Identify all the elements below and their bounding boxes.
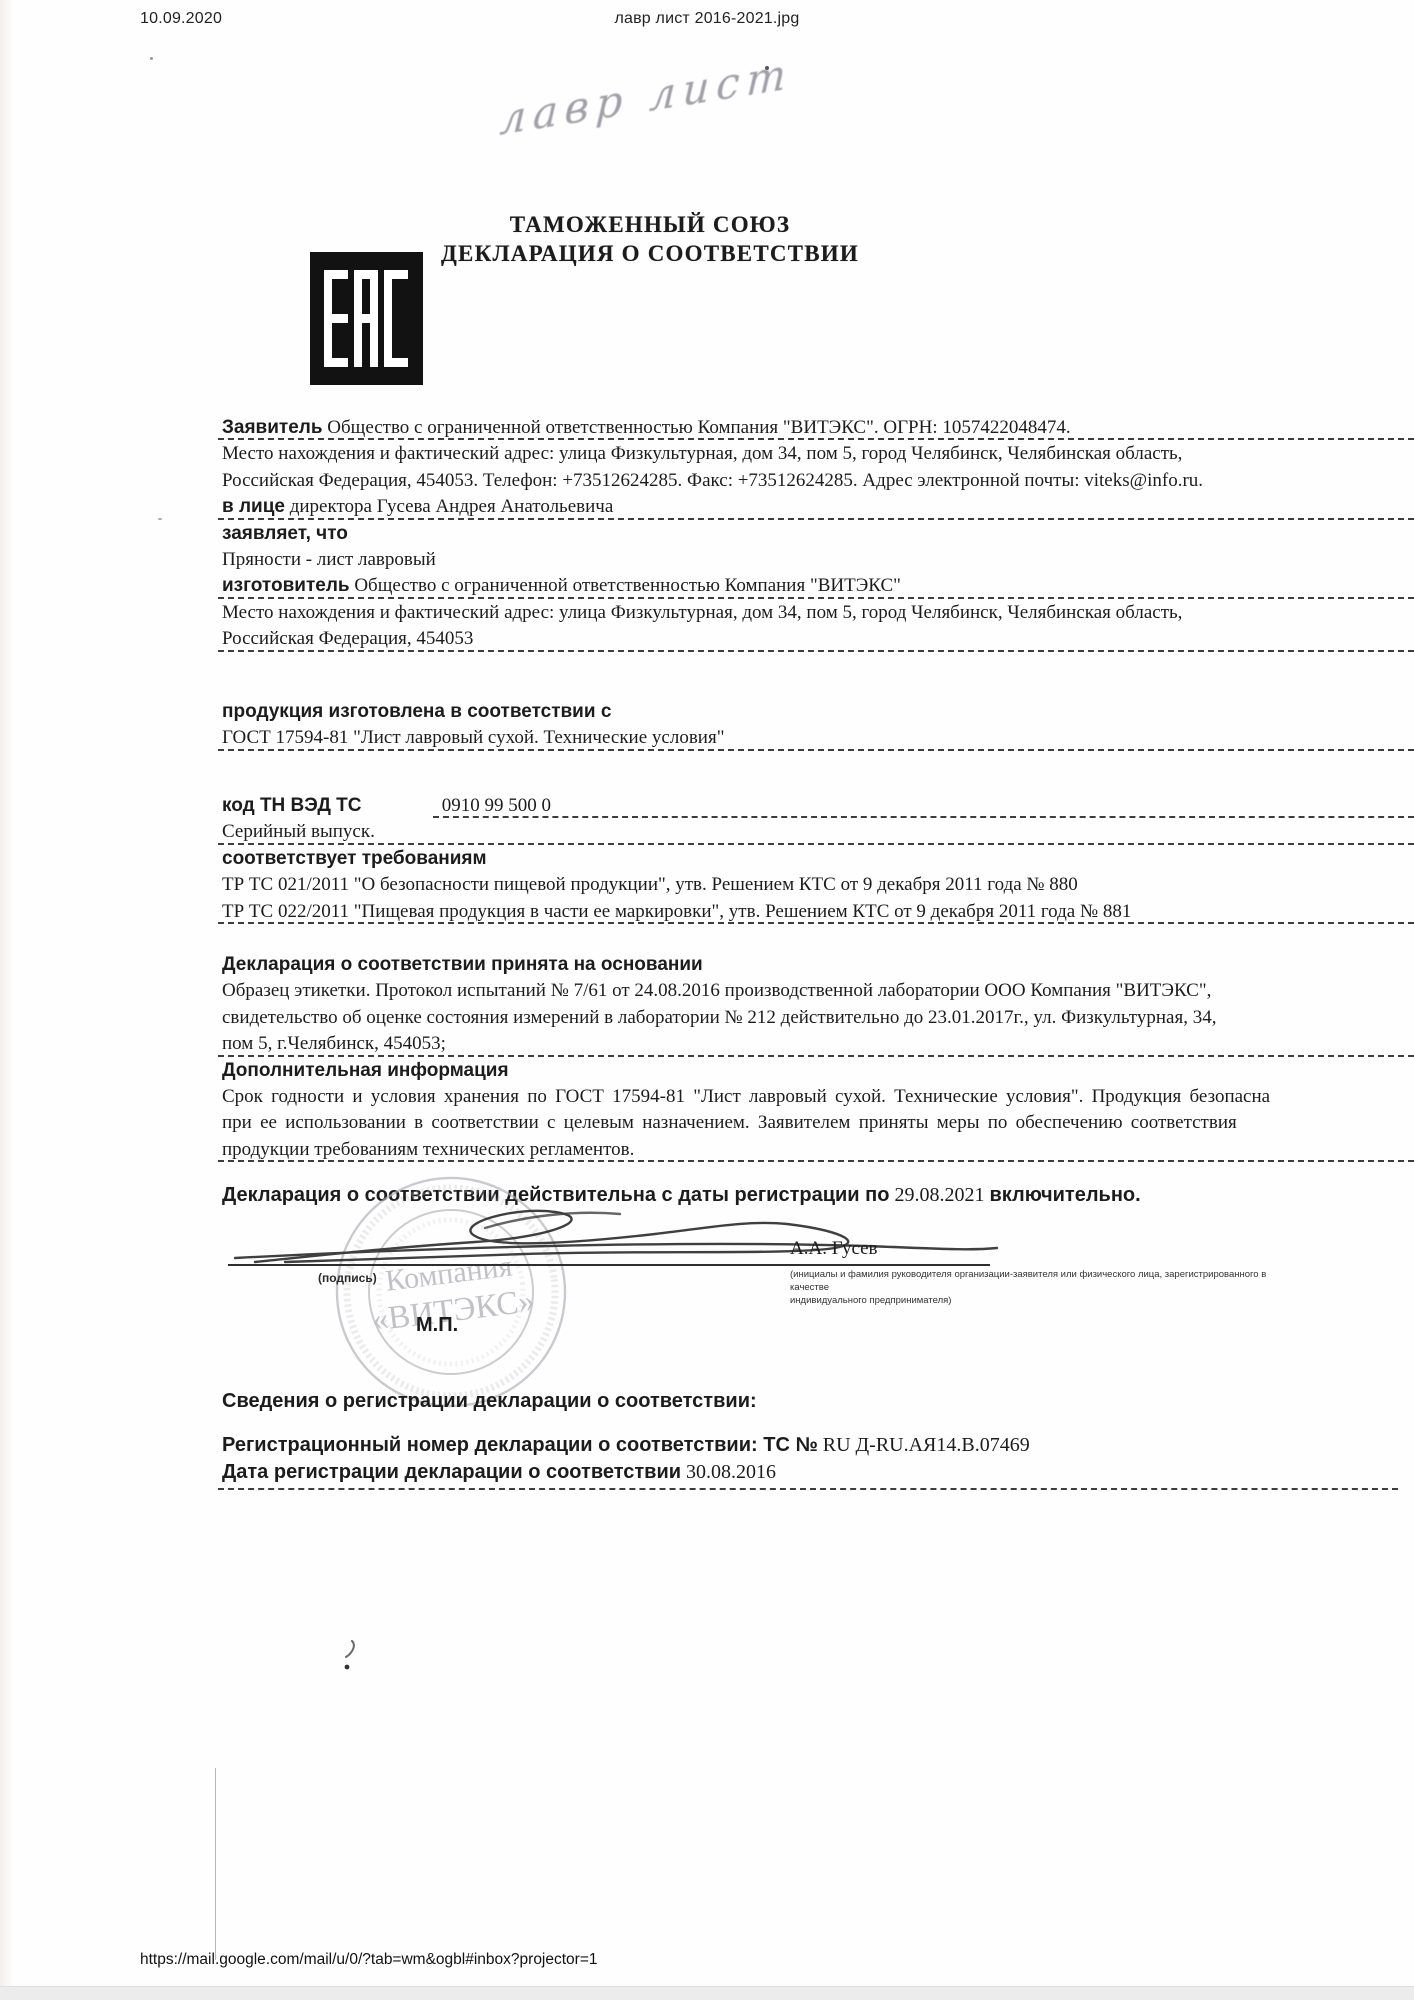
basis-line1: Образец этикетки. Протокол испытаний № 7…	[222, 978, 1398, 1004]
footer-url: https://mail.google.com/mail/u/0/?tab=wm…	[140, 1951, 598, 1969]
registration-info-heading: Сведения о регистрации декларации о соот…	[222, 1390, 757, 1413]
dashed-line	[218, 438, 1414, 440]
additional-line1: Срок годности и условия хранения по ГОСТ…	[222, 1084, 1398, 1110]
basis-section: Декларация о соответствии принята на осн…	[222, 952, 1398, 1163]
signatory-name: А.А. Гусев	[790, 1238, 878, 1260]
additional-line2: при ее использовании в соответствии с це…	[222, 1110, 1398, 1136]
applicant-label: Заявитель	[222, 417, 323, 438]
applicant-address-line2: Российская Федерация, 454053. Телефон: +…	[222, 468, 1398, 494]
mp-seal-label: М.П.	[416, 1314, 458, 1337]
gost-value: ГОСТ 17594-81 "Лист лавровый сухой. Техн…	[222, 727, 724, 748]
manufacturer-value: Общество с ограниченной ответственностью…	[354, 575, 901, 596]
scan-squiggle-artifact	[342, 1640, 358, 1679]
serial-text: Серийный выпуск.	[222, 821, 375, 842]
scanned-declaration-page: 10.09.2020 лавр лист 2016-2021.jpg лавр …	[0, 0, 1414, 2000]
dashed-line	[218, 1160, 1414, 1162]
applicant-address-line1: Место нахождения и фактический адрес: ул…	[222, 441, 1398, 467]
dashed-line	[218, 650, 1414, 652]
scan-edge-strip	[0, 0, 14, 2000]
validity-suffix: включительно.	[989, 1184, 1140, 1206]
title-line-2: ДЕКЛАРАЦИЯ О СООТВЕТСТВИИ	[440, 239, 860, 268]
bottom-scan-bar	[0, 1986, 1414, 2000]
dashed-line	[433, 816, 1414, 818]
registration-date-line: Дата регистрации декларации о соответств…	[222, 1461, 1398, 1488]
gost-line: ГОСТ 17594-81 "Лист лавровый сухой. Техн…	[222, 725, 1398, 751]
eac-logo-icon	[310, 252, 423, 385]
made-according-label: продукция изготовлена в соответствии с	[222, 701, 611, 722]
registration-number-value: RU Д-RU.АЯ14.В.07469	[823, 1434, 1030, 1456]
additional-label: Дополнительная информация	[222, 1060, 509, 1081]
dashed-line	[218, 749, 1414, 751]
tn-ved-label: код ТН ВЭД ТС	[222, 793, 437, 819]
manufacturer-address-line2: Российская Федерация, 454053	[222, 626, 1398, 652]
registration-date-value: 30.08.2016	[686, 1461, 776, 1483]
represented-value: директора Гусева Андрея Анатольевича	[290, 496, 614, 517]
signatory-note: (инициалы и фамилия руководителя организ…	[790, 1268, 1280, 1307]
represented-label: в лице	[222, 496, 285, 517]
additional-line3: продукции требованиям технических реглам…	[222, 1137, 1398, 1163]
dashed-line	[218, 597, 1414, 599]
applicant-section: Заявитель Общество с ограниченной ответс…	[222, 415, 1398, 653]
document-title: ТАМОЖЕННЫЙ СОЮЗ ДЕКЛАРАЦИЯ О СООТВЕТСТВИ…	[440, 210, 860, 268]
dashed-line	[218, 922, 1414, 924]
applicant-line: Заявитель Общество с ограниченной ответс…	[222, 415, 1398, 441]
basis-line3-text: пом 5, г.Челябинск, 454053;	[222, 1033, 446, 1054]
signatory-note-line1: (инициалы и фамилия руководителя организ…	[790, 1268, 1280, 1294]
signature-caption: (подпись)	[318, 1271, 377, 1285]
serial-line: Серийный выпуск.	[222, 819, 1398, 845]
code-section: код ТН ВЭД ТС 0910 99 500 0 Серийный вып…	[222, 793, 1398, 925]
tr2-text: ТР ТС 022/2011 "Пищевая продукция в част…	[222, 901, 1131, 922]
basis-line3: пом 5, г.Челябинск, 454053;	[222, 1031, 1398, 1057]
manufacturer-label: изготовитель	[222, 575, 350, 596]
declares-label: заявляет, что	[222, 523, 348, 544]
dashed-line	[218, 843, 1414, 845]
scan-speck	[158, 518, 162, 520]
manufacturer-line: изготовитель Общество с ограниченной отв…	[222, 573, 1398, 599]
tr2-line: ТР ТС 022/2011 "Пищевая продукция в част…	[222, 899, 1398, 925]
header-filename: лавр лист 2016-2021.jpg	[0, 10, 1414, 28]
tn-ved-line: код ТН ВЭД ТС 0910 99 500 0	[222, 793, 1398, 819]
eac-logo	[310, 252, 423, 385]
standard-section: продукция изготовлена в соответствии с Г…	[222, 699, 1398, 752]
handwritten-note: лавр лист	[499, 48, 795, 144]
registration-number-label: Регистрационный номер декларации о соотв…	[222, 1434, 818, 1456]
product-line: Пряности - лист лавровый	[222, 547, 1398, 573]
manufacturer-address2-text: Российская Федерация, 454053	[222, 628, 473, 649]
registration-number-line: Регистрационный номер декларации о соотв…	[222, 1434, 1030, 1457]
manufacturer-address-line1: Место нахождения и фактический адрес: ул…	[222, 600, 1398, 626]
dashed-line	[218, 1055, 1414, 1057]
signatory-note-line2: индивидуального предпринимателя)	[790, 1294, 1280, 1307]
dashed-line	[218, 518, 1414, 520]
basis-label: Декларация о соответствии принята на осн…	[222, 954, 703, 975]
scan-speck	[150, 57, 153, 60]
dashed-line	[218, 1488, 1398, 1490]
basis-line2: свидетельство об оценке состояния измере…	[222, 1005, 1398, 1031]
signature-scribble	[225, 1198, 1005, 1278]
title-line-1: ТАМОЖЕННЫЙ СОЮЗ	[440, 210, 860, 239]
represented-line: в лице директора Гусева Андрея Анатольев…	[222, 494, 1398, 520]
additional-line3-text: продукции требованиям технических реглам…	[222, 1139, 634, 1160]
applicant-value: Общество с ограниченной ответственностью…	[327, 417, 1070, 438]
registration-date-label: Дата регистрации декларации о соответств…	[222, 1461, 681, 1483]
tr1-line: ТР ТС 021/2011 "О безопасности пищевой п…	[222, 872, 1398, 898]
tn-ved-value: 0910 99 500 0	[442, 795, 551, 816]
scan-vertical-line-artifact	[215, 1768, 216, 1960]
complies-label: соответствует требованиям	[222, 848, 487, 869]
